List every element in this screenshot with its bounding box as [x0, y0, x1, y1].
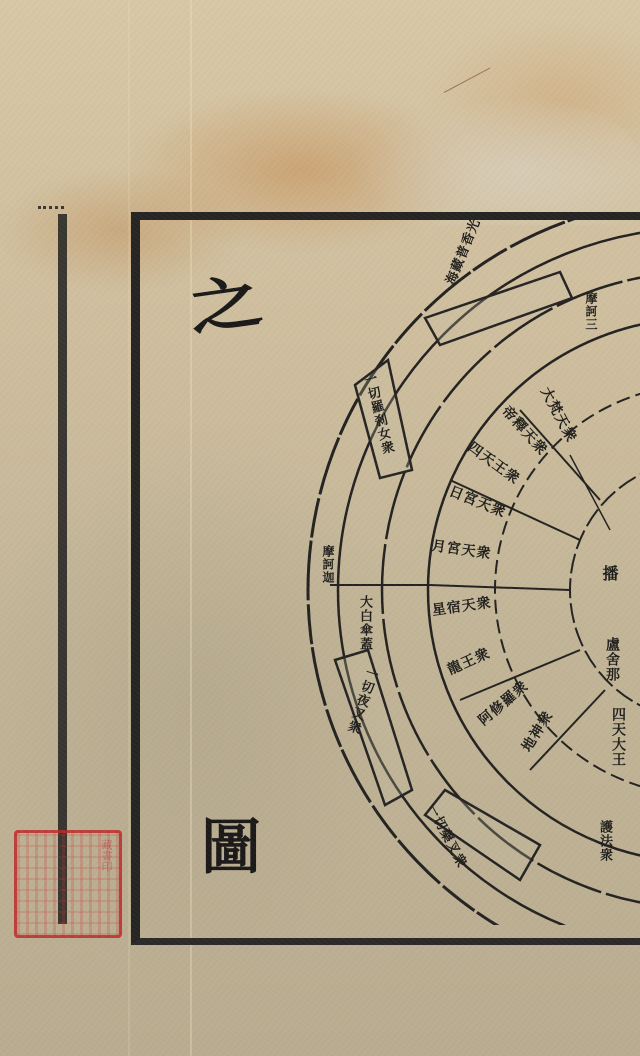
- center-label: 播: [598, 565, 621, 582]
- ring-label: 摩訶迦: [320, 545, 337, 584]
- ring-label: 護法衆: [595, 820, 614, 862]
- ring-label: 四天大王: [608, 707, 628, 767]
- ring-label: 大白傘蓋: [355, 595, 374, 651]
- ring-label: 摩訶三: [583, 292, 600, 331]
- ring-label: 盧舍那: [602, 637, 622, 682]
- concentric-circle-diagram: [0, 0, 640, 1056]
- book-page: 之 圖 藏書印 海: [0, 0, 640, 1056]
